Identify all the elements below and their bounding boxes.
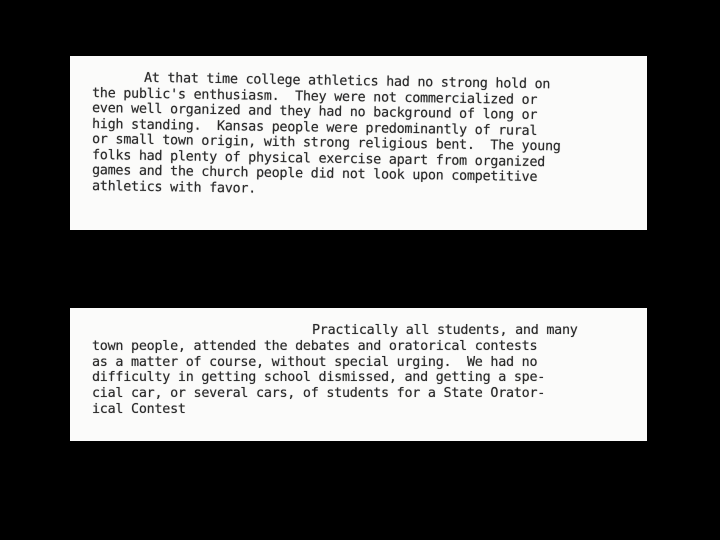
document-excerpt-oratory: Practically all students, and many town … — [70, 308, 647, 441]
text-line: as a matter of course, without special u… — [92, 355, 647, 371]
text-line: cial car, or several cars, of students f… — [92, 386, 647, 402]
text-line: town people, attended the debates and or… — [92, 339, 647, 355]
text-line: Practically all students, and many — [92, 323, 647, 339]
document-excerpt-athletics: At that time college athletics had no st… — [70, 56, 647, 230]
text-line: difficulty in getting school dismissed, … — [92, 370, 647, 386]
text-line: ical Contest — [92, 402, 647, 418]
